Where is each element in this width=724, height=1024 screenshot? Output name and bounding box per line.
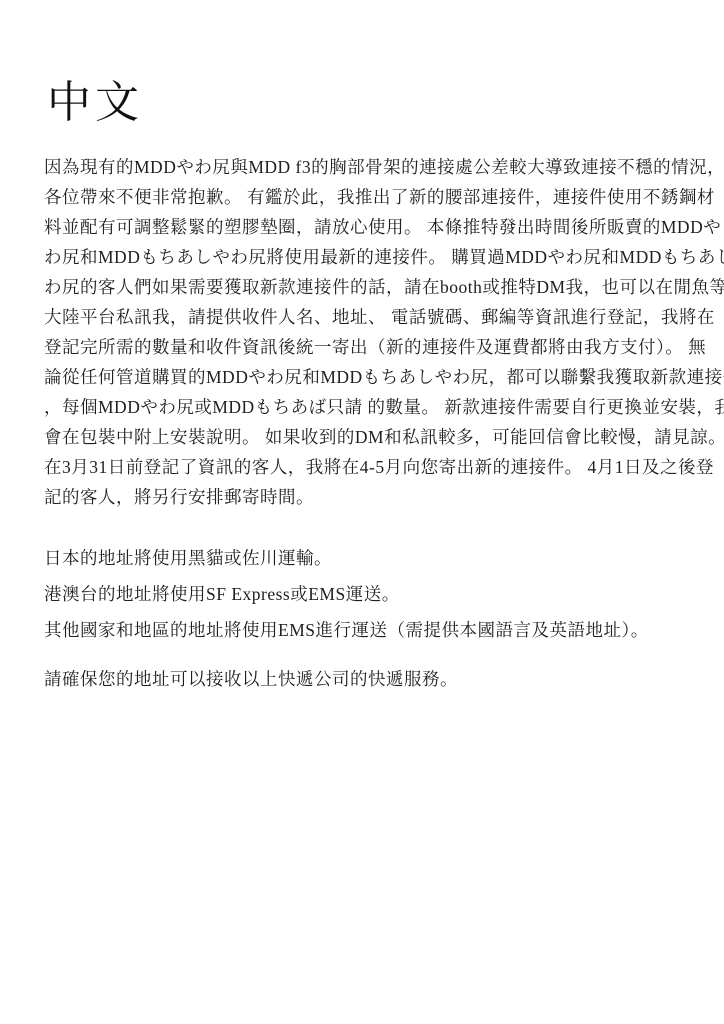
text-line: 記的客人，將另行安排郵寄時間。 bbox=[44, 482, 694, 512]
text-line: 論從任何管道購買的MDDやわ尻和MDDもちあしやわ尻，都可以聯繫我獲取新款連接件 bbox=[44, 362, 694, 392]
text-line: わ尻和MDDもちあしやわ尻將使用最新的連接件。 購買過MDDやわ尻和MDDもちあ… bbox=[44, 242, 694, 272]
paragraph-connector-notice: 因為現有的MDDやわ尻與MDD f3的胸部骨架的連接處公差較大導致連接不穩的情況… bbox=[44, 152, 694, 512]
text-line: 會在包裝中附上安裝說明。 如果收到的DM和私訊較多，可能回信會比較慢，請見諒。 bbox=[44, 422, 694, 452]
text-line: 料並配有可調整鬆緊的塑膠墊圈，請放心使用。 本條推特發出時間後所販賣的MDDや bbox=[44, 212, 694, 242]
text-line: わ尻的客人們如果需要獲取新款連接件的話，請在booth或推特DM我，也可以在閒魚… bbox=[44, 272, 694, 302]
paragraph-shipping-methods: 日本的地址將使用黑貓或佐川運輸。 港澳台的地址將使用SF Express或EMS… bbox=[44, 540, 694, 648]
text-line: 各位帶來不便非常抱歉。 有鑑於此，我推出了新的腰部連接件，連接件使用不銹鋼材 bbox=[44, 182, 694, 212]
text-line: 因為現有的MDDやわ尻與MDD f3的胸部骨架的連接處公差較大導致連接不穩的情況… bbox=[44, 152, 694, 182]
text-line: 其他國家和地區的地址將使用EMS進行運送（需提供本國語言及英語地址）。 bbox=[44, 612, 694, 648]
text-line: 大陸平台私訊我，請提供收件人名、地址、 電話號碼、郵編等資訊進行登記，我將在 bbox=[44, 302, 694, 332]
text-line: 港澳台的地址將使用SF Express或EMS運送。 bbox=[44, 576, 694, 612]
text-line: ，每個MDDやわ尻或MDDもちあば只請 的數量。 新款連接件需要自行更換並安裝，… bbox=[44, 392, 694, 422]
text-line: 在3月31日前登記了資訊的客人，我將在4-5月向您寄出新的連接件。 4月1日及之… bbox=[44, 452, 694, 482]
paragraph-address-reminder: 請確保您的地址可以接收以上快遞公司的快遞服務。 bbox=[44, 664, 694, 694]
document-body: 因為現有的MDDやわ尻與MDD f3的胸部骨架的連接處公差較大導致連接不穩的情況… bbox=[44, 152, 694, 694]
page-title: 中文 bbox=[47, 77, 143, 129]
text-line: 日本的地址將使用黑貓或佐川運輸。 bbox=[44, 540, 694, 576]
document-page: 中文 因為現有的MDDやわ尻與MDD f3的胸部骨架的連接處公差較大導致連接不穩… bbox=[0, 0, 724, 1024]
text-line: 請確保您的地址可以接收以上快遞公司的快遞服務。 bbox=[44, 664, 694, 694]
text-line: 登記完所需的數量和收件資訊後統一寄出（新的連接件及運費都將由我方支付）。 無 bbox=[44, 332, 694, 362]
